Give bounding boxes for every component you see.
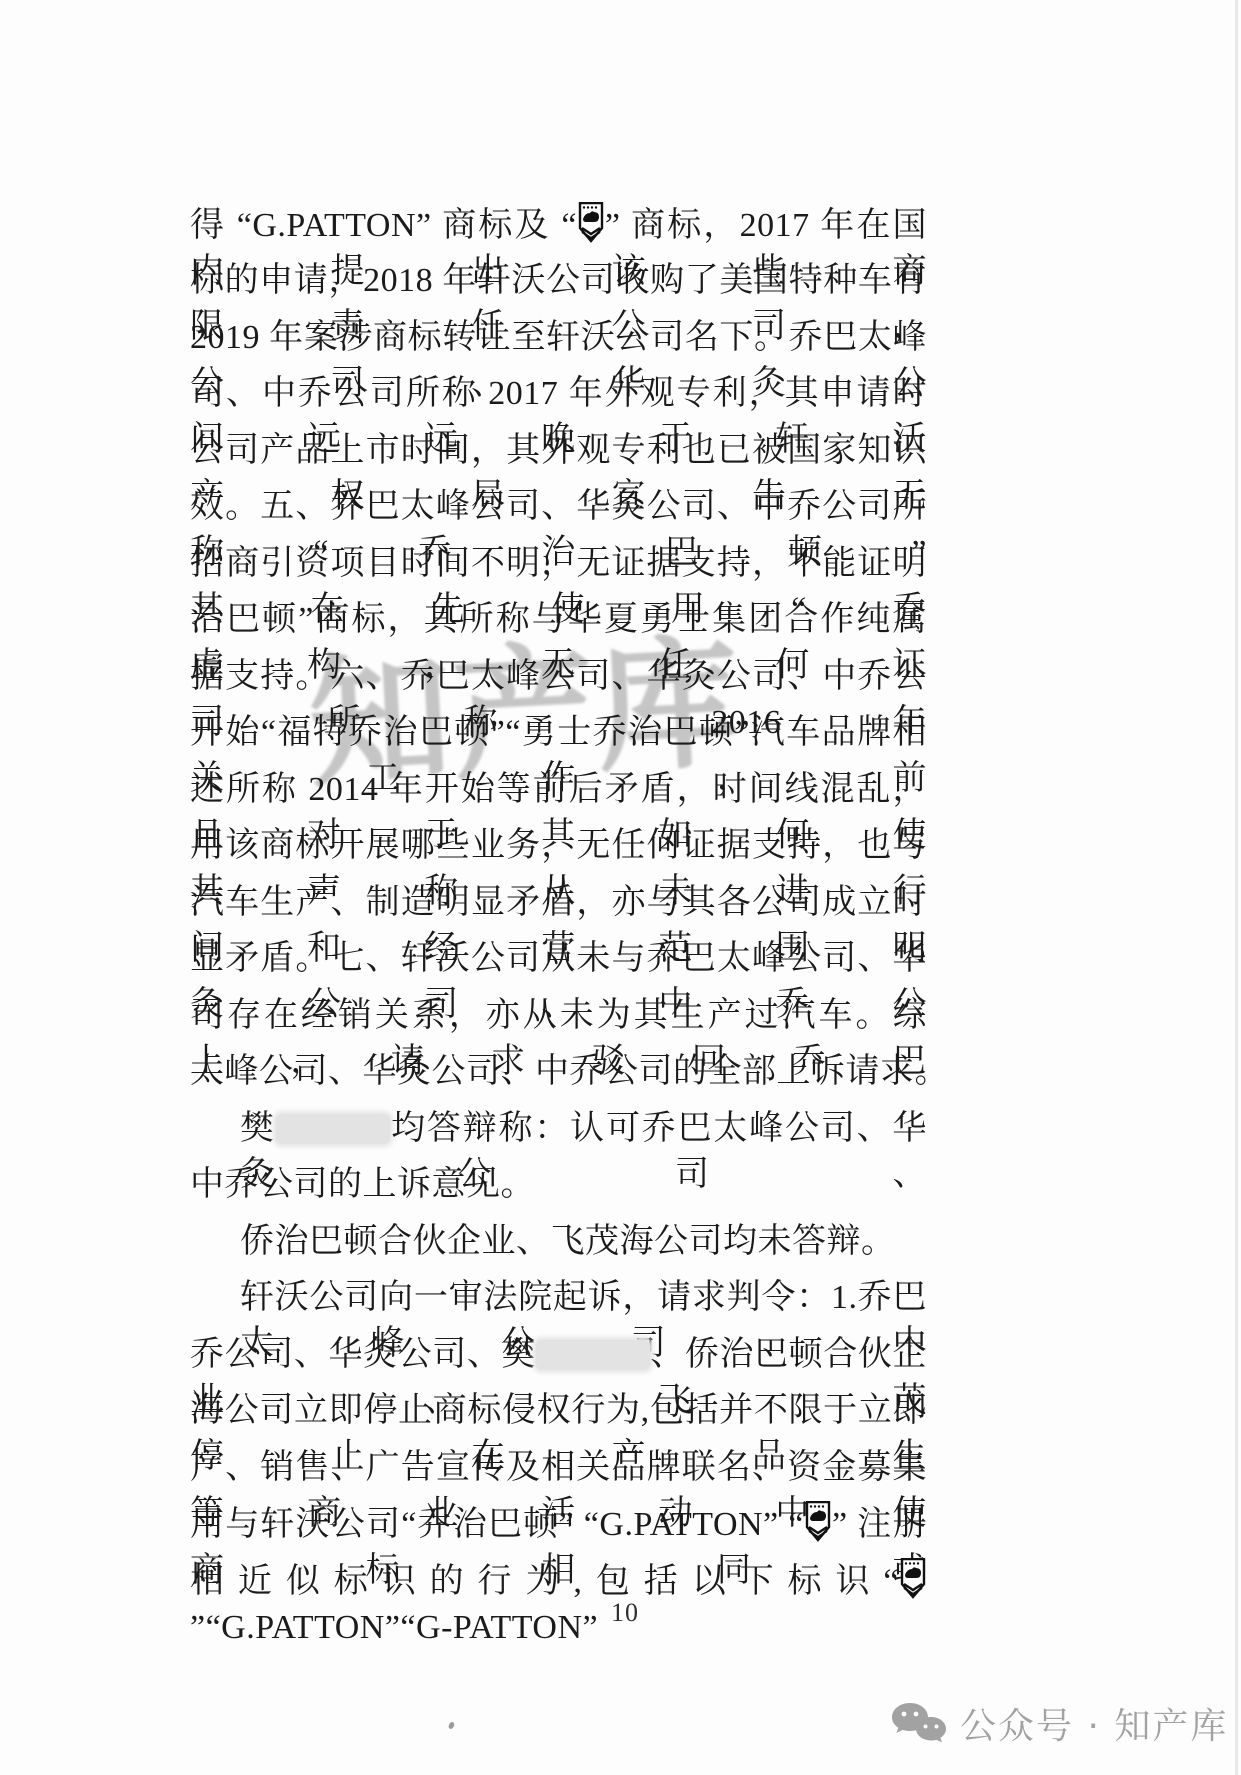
footer-watermark: 公众号 · 知产库 [890,1698,1228,1749]
line-text: ”“G.PATTON”“G-PATTON” [190,1609,598,1646]
redacted-person-name [276,1114,390,1144]
document-line: 相近似标识的行为,包括以下标识“”“G.PATTON”“G-PATTON” [190,1558,927,1651]
line-text: 相近似标识的行为,包括以下标识“ [190,1563,899,1600]
document-line: 太峰公司、华灸公司、中乔公司的全部上诉请求。 [190,1049,927,1095]
page-number: 10 [560,1598,690,1628]
redacted-person-name [536,1340,650,1370]
line-text: 樊 [240,1110,276,1147]
document-line: 中乔公司的上诉意见。 [190,1162,927,1208]
line-text: 得 “G.PATTON” 商标及 “ [190,207,577,244]
line-text: 乔公司、华灸公司、樊 [190,1336,536,1373]
gpatton-shield-logo-icon [899,1558,927,1600]
wechat-icon [890,1701,948,1747]
footer-label: 公众号 · 知产库 [960,1698,1228,1749]
scanned-court-document-page: 知产库 得 “G.PATTON” 商标及 “” 商标，2017 年在国内提出该些… [0,0,1241,1775]
document-line: 侨治巴顿合伙企业、飞茂海公司均未答辩。 [190,1219,927,1265]
scan-edge-line [1235,0,1238,1775]
line-text: 用与轩沃公司“乔治巴顿” “G.PATTON” “ [190,1506,804,1543]
gpatton-shield-logo-icon [804,1501,832,1543]
scan-speck [448,1721,455,1729]
gpatton-shield-logo-icon [577,202,605,244]
